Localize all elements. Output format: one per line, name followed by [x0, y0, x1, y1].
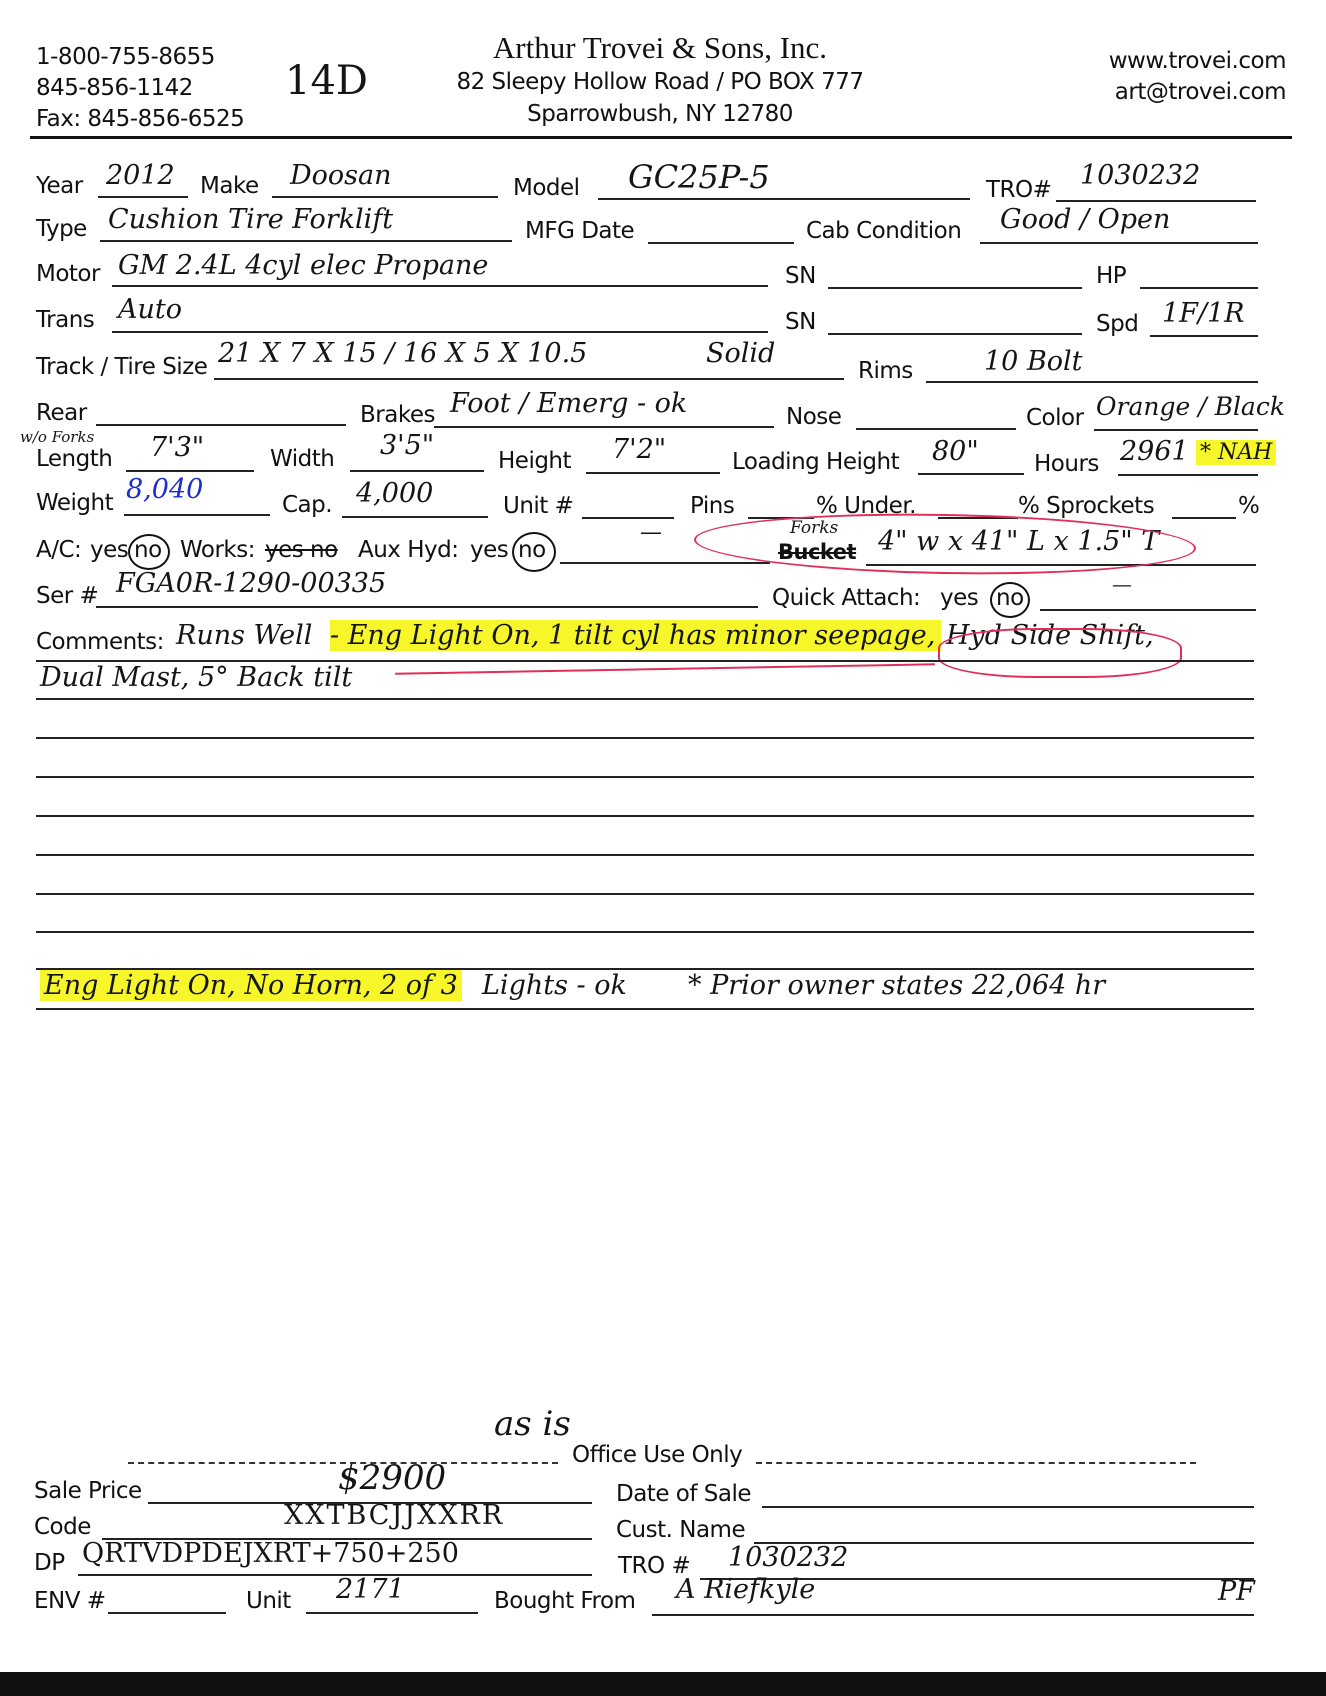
phone-tollfree: 1-800-755-8655: [36, 42, 244, 73]
label-works: Works:: [180, 537, 255, 563]
line-track-tire: [214, 378, 844, 380]
label-code: Code: [34, 1514, 91, 1540]
label-trans: Trans: [36, 307, 94, 333]
label-pins: Pins: [690, 493, 734, 519]
line-quick-attach: [1040, 609, 1256, 611]
red-underline: [395, 663, 935, 674]
label-brakes: Brakes: [360, 402, 435, 428]
line-weight: [124, 514, 270, 516]
field-hours[interactable]: 2961: [1120, 436, 1189, 467]
label-trans-sn: SN: [785, 309, 816, 335]
label-pct: %: [1238, 493, 1259, 519]
line-env: [108, 1612, 226, 1614]
comment-line-10: [36, 1008, 1254, 1010]
label-nose: Nose: [786, 404, 841, 430]
line-type: [100, 240, 512, 242]
line-aux: [560, 562, 770, 564]
line-width: [350, 470, 484, 472]
label-width: Width: [270, 446, 334, 472]
comment-line-3: [36, 737, 1254, 739]
label-motor-sn: SN: [785, 263, 816, 289]
line-office-unit: [306, 1612, 478, 1614]
field-motor[interactable]: GM 2.4L 4cyl elec Propane: [118, 250, 488, 281]
line-dp: [78, 1574, 592, 1576]
field-office-tro[interactable]: 1030232: [728, 1542, 848, 1573]
comment-line-7: [36, 893, 1254, 895]
ac-no-circle: [128, 534, 170, 570]
line-sprockets: [1172, 517, 1236, 519]
comments-1a[interactable]: Runs Well: [176, 620, 312, 651]
label-sale-price: Sale Price: [34, 1478, 142, 1504]
label-date-of-sale: Date of Sale: [616, 1481, 751, 1507]
label-tro: TRO#: [986, 177, 1051, 203]
initials: PF: [1218, 1576, 1255, 1607]
field-sale-price[interactable]: $2900: [338, 1458, 446, 1498]
field-office-unit[interactable]: 2171: [336, 1574, 405, 1605]
label-weight: Weight: [36, 490, 113, 516]
qa-no-circle: [990, 582, 1030, 618]
field-cap[interactable]: 4,000: [356, 478, 433, 509]
label-ac: A/C:: [36, 537, 81, 563]
label-office-unit: Unit: [246, 1588, 291, 1614]
label-dp: DP: [34, 1550, 65, 1576]
label-motor: Motor: [36, 261, 100, 287]
line-rear: [96, 424, 346, 426]
label-bought-from: Bought From: [494, 1588, 635, 1614]
field-tire-note[interactable]: Solid: [706, 338, 775, 369]
label-unit: Unit #: [503, 493, 573, 519]
company-block: Arthur Trovei & Sons, Inc. 82 Sleepy Hol…: [430, 30, 890, 130]
forks-red-circle: [694, 510, 1197, 579]
aux-dash: —: [640, 520, 662, 545]
label-track-tire: Track / Tire Size: [36, 354, 207, 380]
note-prior-owner[interactable]: * Prior owner states 22,064 hr: [688, 970, 1105, 1001]
line-model: [598, 198, 970, 200]
field-make[interactable]: Doosan: [290, 160, 392, 191]
label-cust-name: Cust. Name: [616, 1517, 745, 1543]
line-unit: [582, 517, 674, 519]
label-aux-hyd: Aux Hyd:: [358, 537, 459, 563]
line-loading-height: [918, 473, 1024, 475]
phone-local: 845-856-1142: [36, 73, 244, 104]
label-comments: Comments:: [36, 629, 164, 655]
field-weight[interactable]: 8,040: [126, 474, 203, 505]
office-dash-right: [756, 1462, 1196, 1464]
label-year: Year: [36, 173, 83, 199]
field-year[interactable]: 2012: [106, 160, 175, 191]
field-model[interactable]: GC25P-5: [628, 158, 770, 196]
comment-line-8: [36, 931, 1254, 933]
line-nose: [856, 428, 1016, 430]
field-bought-from[interactable]: A Riefkyle: [676, 1574, 815, 1605]
field-ser[interactable]: FGA0R-1290-00335: [116, 568, 386, 599]
field-type[interactable]: Cushion Tire Forklift: [108, 204, 393, 235]
line-date-of-sale: [762, 1506, 1254, 1508]
header-divider: [30, 136, 1292, 139]
company-name: Arthur Trovei & Sons, Inc.: [430, 30, 890, 66]
company-address-2: Sparrowbush, NY 12780: [430, 98, 890, 130]
side-shift-red-circle: [938, 628, 1182, 678]
note-lights[interactable]: Lights - ok: [482, 970, 627, 1001]
email: art@trovei.com: [1109, 77, 1286, 108]
line-bought-from: [652, 1614, 1254, 1616]
label-sprockets: % Sprockets: [1018, 493, 1154, 519]
company-address-1: 82 Sleepy Hollow Road / PO BOX 777: [430, 66, 890, 98]
field-tro[interactable]: 1030232: [1080, 160, 1200, 191]
website: www.trovei.com: [1109, 46, 1286, 77]
fax-number: Fax: 845-856-6525: [36, 104, 244, 135]
comment-line-2: [36, 698, 1254, 700]
field-brakes[interactable]: Foot / Emerg - ok: [450, 388, 687, 419]
field-spd[interactable]: 1F/1R: [1162, 298, 1245, 329]
line-brakes: [434, 426, 774, 428]
line-mfg-date: [648, 242, 794, 244]
field-width[interactable]: 3'5": [380, 430, 434, 461]
qa-yes-option[interactable]: yes: [940, 585, 978, 611]
length-note: w/o Forks: [20, 428, 94, 446]
note-highlight[interactable]: Eng Light On, No Horn, 2 of 3: [40, 970, 462, 1001]
label-mfg-date: MFG Date: [525, 218, 634, 244]
line-tro: [1056, 200, 1256, 202]
label-model: Model: [513, 175, 580, 201]
field-loading-height[interactable]: 80": [932, 436, 979, 467]
field-trans[interactable]: Auto: [118, 294, 182, 325]
line-make: [272, 196, 498, 198]
line-motor: [112, 285, 768, 287]
line-rims: [926, 381, 1258, 383]
hours-note: * NAH: [1196, 440, 1276, 465]
line-height: [586, 472, 720, 474]
field-track-tire[interactable]: 21 X 7 X 15 / 16 X 5 X 10.5: [218, 338, 587, 369]
label-color: Color: [1026, 405, 1084, 431]
comments-2[interactable]: Dual Mast, 5° Back tilt: [40, 662, 352, 693]
label-cab-condition: Cab Condition: [806, 218, 961, 244]
aux-no-circle: [512, 532, 556, 572]
works-options-struck: yes no: [265, 537, 338, 563]
label-length: Length: [36, 446, 112, 472]
line-year: [98, 196, 188, 198]
label-cap: Cap.: [282, 492, 332, 518]
office-use-title: Office Use Only: [572, 1442, 742, 1468]
field-color[interactable]: Orange / Black: [1096, 392, 1285, 421]
line-trans: [112, 331, 768, 333]
label-env: ENV #: [34, 1588, 106, 1614]
label-spd: Spd: [1096, 311, 1138, 337]
qa-dash: —: [1112, 572, 1132, 596]
comment-line-6: [36, 854, 1254, 856]
field-height[interactable]: 7'2": [612, 434, 666, 465]
label-type: Type: [36, 216, 87, 242]
line-length: [126, 470, 254, 472]
field-code[interactable]: XXTBCJJXXRR: [284, 1500, 504, 1531]
as-is-note: as is: [494, 1404, 571, 1444]
aux-yes-option[interactable]: yes: [470, 537, 508, 563]
line-hours: [1118, 474, 1258, 476]
comment-line-4: [36, 776, 1254, 778]
label-hp: HP: [1096, 263, 1126, 289]
line-motor-sn: [828, 287, 1082, 289]
label-ser: Ser #: [36, 583, 98, 609]
label-make: Make: [200, 173, 259, 199]
comment-line-5: [36, 815, 1254, 817]
label-loading-height: Loading Height: [732, 449, 899, 475]
line-hp: [1140, 287, 1258, 289]
line-trans-sn: [828, 333, 1082, 335]
comments-1b[interactable]: - Eng Light On, 1 tilt cyl has minor see…: [330, 620, 941, 651]
label-rims: Rims: [858, 358, 913, 384]
line-ser: [96, 606, 758, 608]
contact-phones: 1-800-755-8655 845-856-1142 Fax: 845-856…: [36, 42, 244, 135]
field-rims[interactable]: 10 Bolt: [984, 346, 1083, 377]
scan-edge: [0, 1672, 1326, 1696]
line-cap: [342, 516, 488, 518]
handwritten-code: 14D: [285, 58, 368, 104]
web-contact: www.trovei.com art@trovei.com: [1109, 46, 1286, 108]
field-cab-condition[interactable]: Good / Open: [1000, 204, 1170, 235]
ac-yes-option[interactable]: yes: [90, 537, 128, 563]
line-cab-condition: [980, 242, 1258, 244]
line-color: [1094, 429, 1258, 431]
field-length[interactable]: 7'3": [150, 432, 204, 463]
label-height: Height: [498, 448, 571, 474]
label-quick-attach: Quick Attach:: [772, 585, 920, 611]
label-rear: Rear: [36, 400, 87, 426]
field-dp[interactable]: QRTVDPDEJXRT+750+250: [82, 1538, 459, 1569]
label-hours: Hours: [1034, 451, 1099, 477]
line-spd: [1150, 335, 1258, 337]
